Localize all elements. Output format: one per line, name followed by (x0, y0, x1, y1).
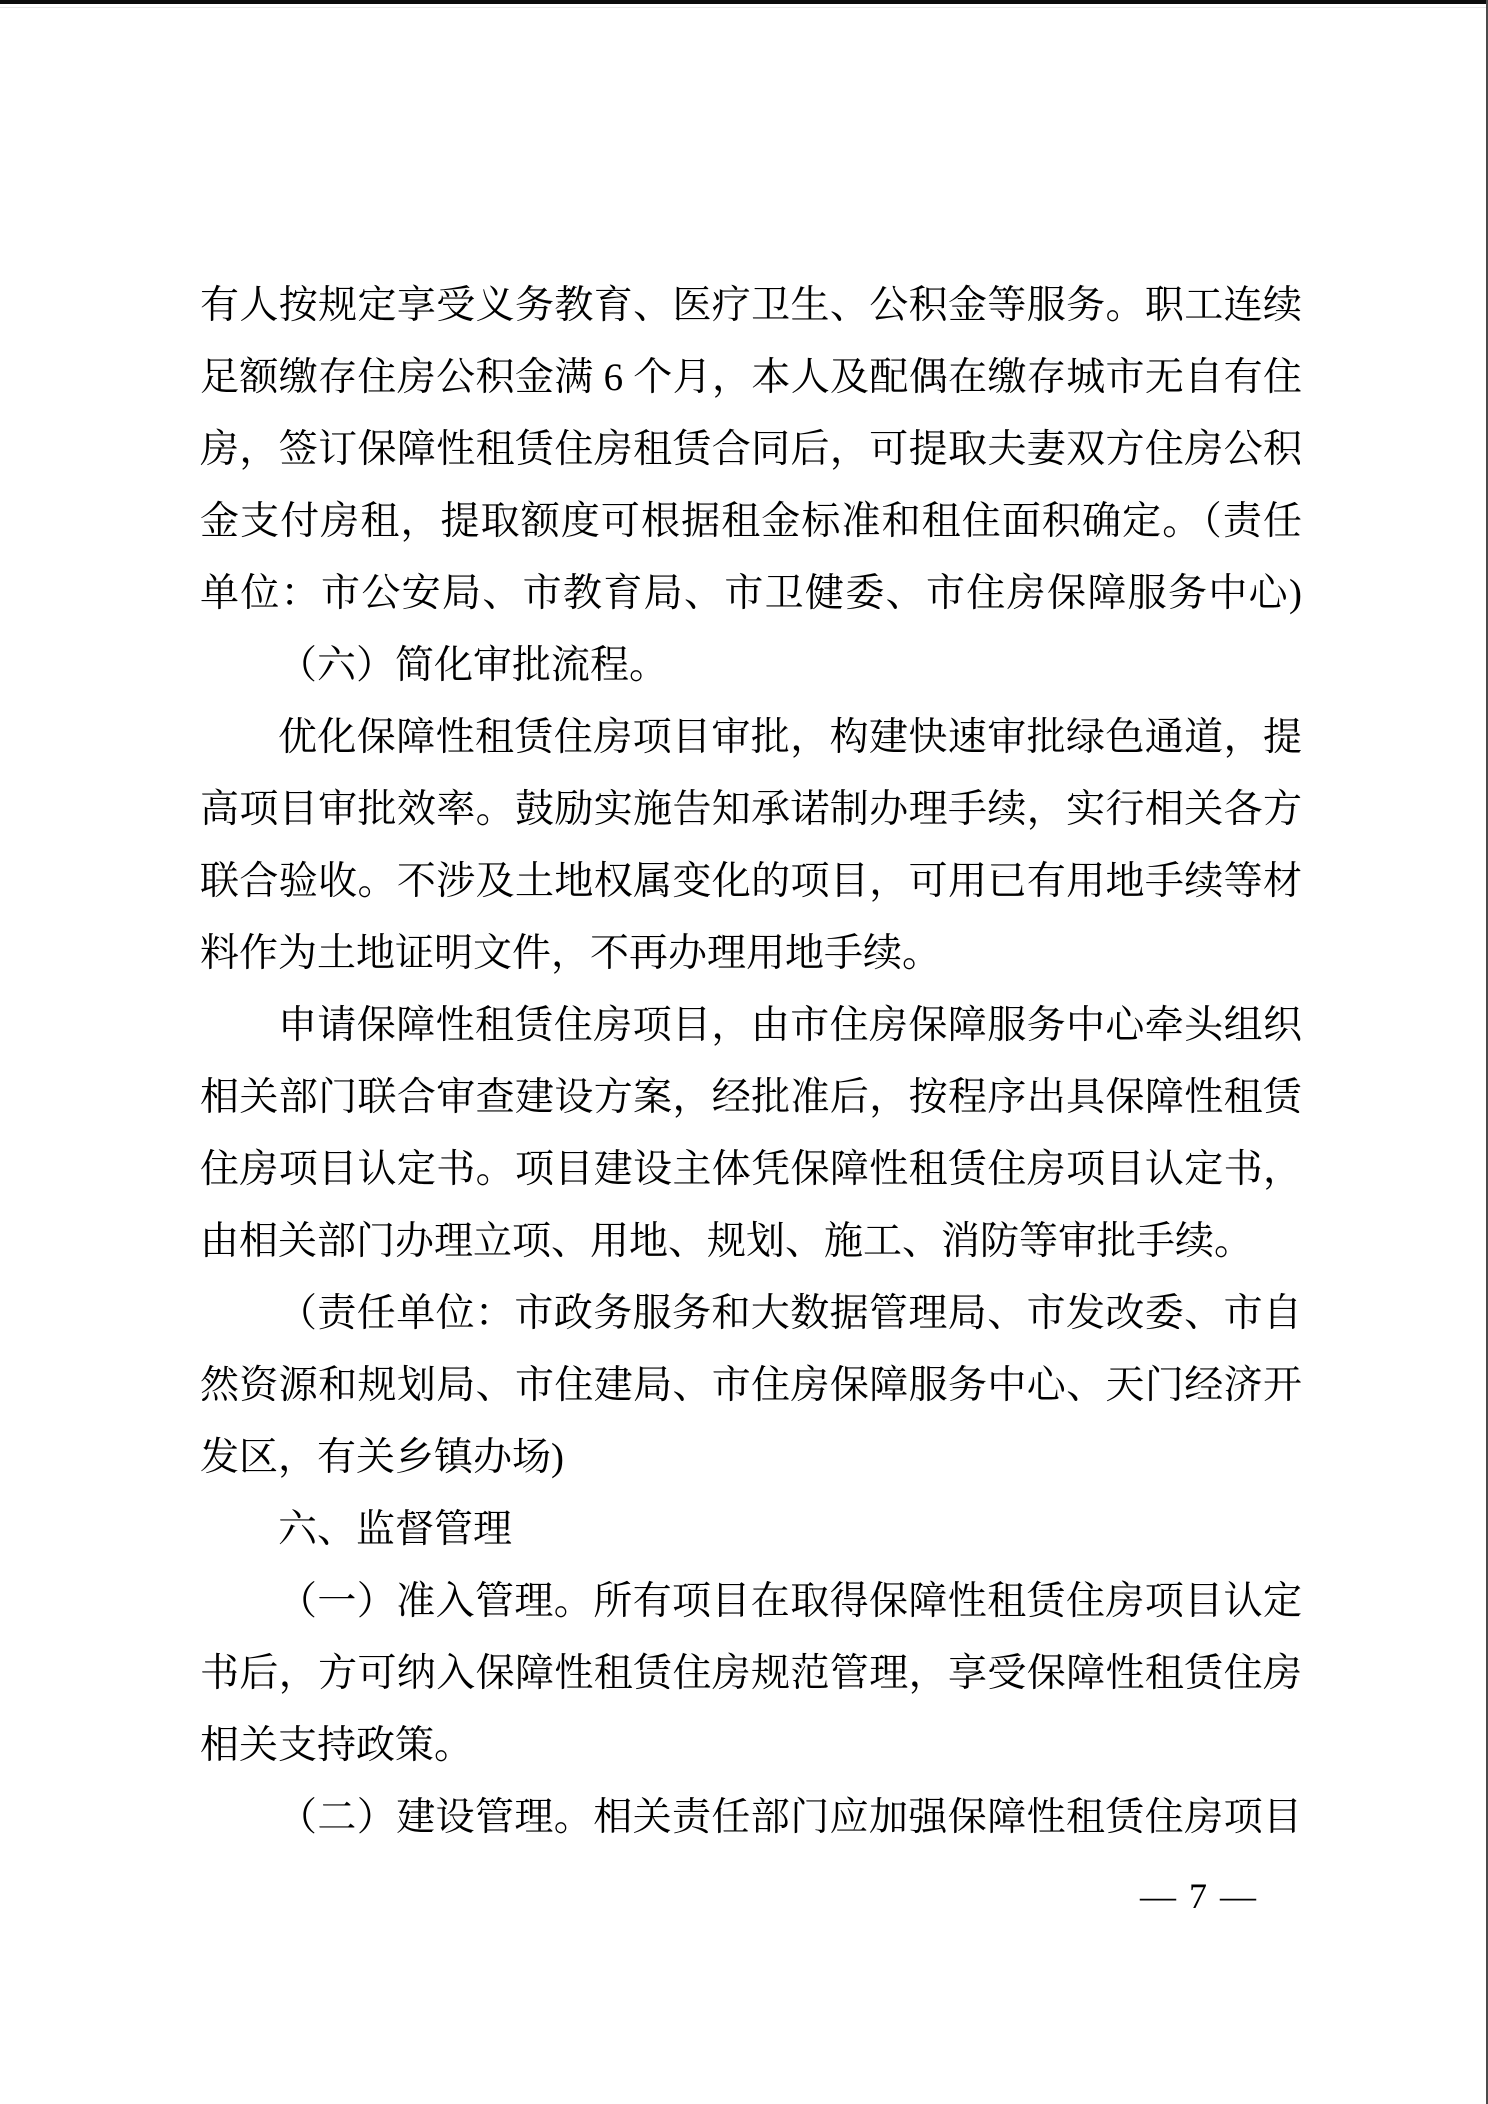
text-line: 六、监督管理 (200, 1494, 1302, 1566)
text-line: 料作为土地证明文件，不再办理用地手续。 (200, 918, 1302, 990)
text-line: 优化保障性租赁住房项目审批，构建快速审批绿色通道，提 (200, 702, 1302, 774)
top-faint-line (0, 7, 1488, 8)
text-line: 申请保障性租赁住房项目，由市住房保障服务中心牵头组织 (200, 990, 1302, 1062)
page-footer: — 7 — (1140, 1872, 1258, 1920)
text-line: 然资源和规划局、市住建局、市住房保障服务中心、天门经济开 (200, 1350, 1302, 1422)
page-number: — 7 — (1140, 1876, 1258, 1916)
text-line: （责任单位：市政务服务和大数据管理局、市发改委、市自 (200, 1278, 1302, 1350)
text-line: 相关部门联合审查建设方案，经批准后，按程序出具保障性租赁 (200, 1062, 1302, 1134)
text-line: 金支付房租，提取额度可根据租金标准和租住面积确定。（责任 (200, 486, 1302, 558)
text-line: （六）简化审批流程。 (200, 630, 1302, 702)
text-line: 有人按规定享受义务教育、医疗卫生、公积金等服务。职工连续 (200, 270, 1302, 342)
text-line: 相关支持政策。 (200, 1710, 1302, 1782)
text-line: （二）建设管理。相关责任部门应加强保障性租赁住房项目 (200, 1782, 1302, 1854)
text-line: 单位：市公安局、市教育局、市卫健委、市住房保障服务中心) (200, 558, 1302, 630)
text-line: 书后，方可纳入保障性租赁住房规范管理，享受保障性租赁住房 (200, 1638, 1302, 1710)
text-line: 由相关部门办理立项、用地、规划、施工、消防等审批手续。 (200, 1206, 1302, 1278)
text-line: 联合验收。不涉及土地权属变化的项目，可用已有用地手续等材 (200, 846, 1302, 918)
text-line: 足额缴存住房公积金满 6 个月，本人及配偶在缴存城市无自有住 (200, 342, 1302, 414)
top-edge-bar (0, 0, 1488, 4)
text-line: 高项目审批效率。鼓励实施告知承诺制办理手续，实行相关各方 (200, 774, 1302, 846)
document-body: 有人按规定享受义务教育、医疗卫生、公积金等服务。职工连续足额缴存住房公积金满 6… (200, 270, 1302, 1854)
text-line: 房，签订保障性租赁住房租赁合同后，可提取夫妻双方住房公积 (200, 414, 1302, 486)
text-line: 发区，有关乡镇办场) (200, 1422, 1302, 1494)
text-line: （一）准入管理。所有项目在取得保障性租赁住房项目认定 (200, 1566, 1302, 1638)
text-line: 住房项目认定书。项目建设主体凭保障性租赁住房项目认定书， (200, 1134, 1302, 1206)
